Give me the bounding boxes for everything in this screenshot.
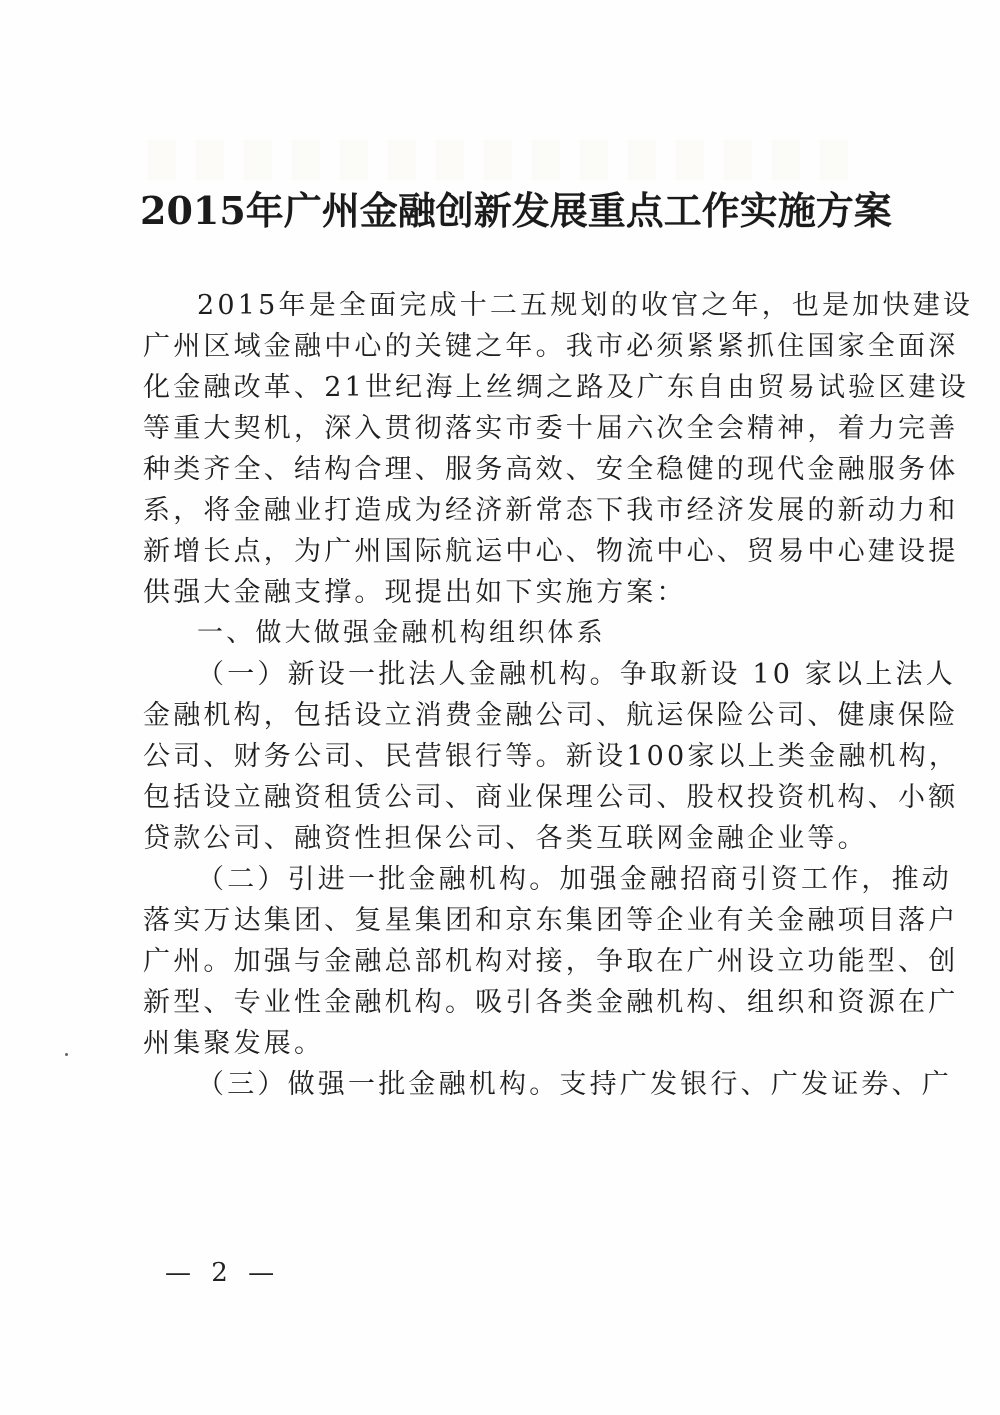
scan-bleed-through <box>148 140 868 180</box>
paragraph-line: 系，将金融业打造成为经济新常态下我市经济发展的新动力和 <box>143 490 867 531</box>
paragraph-line: 贷款公司、融资性担保公司、各类互联网金融企业等。 <box>143 818 867 859</box>
scan-speck <box>65 1053 68 1056</box>
paragraph-line: 金融机构，包括设立消费金融公司、航运保险公司、健康保险 <box>143 695 867 736</box>
paragraph-line: 公司、财务公司、民营银行等。新设100家以上类金融机构， <box>143 736 867 777</box>
paragraph-line: （二）引进一批金融机构。加强金融招商引资工作，推动 <box>143 859 867 900</box>
page-number: — 2 — <box>165 1258 280 1288</box>
paragraph-line: 等重大契机，深入贯彻落实市委十届六次全会精神，着力完善 <box>143 408 867 449</box>
paragraph-line: （一）新设一批法人金融机构。争取新设 10 家以上法人 <box>143 654 867 695</box>
paragraph-line: 包括设立融资租赁公司、商业保理公司、股权投资机构、小额 <box>143 777 867 818</box>
paragraph-line: 广州区域金融中心的关键之年。我市必须紧紧抓住国家全面深 <box>143 326 867 367</box>
document-page: 2015年广州金融创新发展重点工作实施方案 2015年是全面完成十二五规划的收官… <box>0 0 1000 1415</box>
paragraph-line: 2015年是全面完成十二五规划的收官之年，也是加快建设 <box>143 285 867 326</box>
paragraph-line: 落实万达集团、复星集团和京东集团等企业有关金融项目落户 <box>143 900 867 941</box>
paragraph-line: 新增长点，为广州国际航运中心、物流中心、贸易中心建设提 <box>143 531 867 572</box>
paragraph-line: 种类齐全、结构合理、服务高效、安全稳健的现代金融服务体 <box>143 449 867 490</box>
paragraph-line: 广州。加强与金融总部机构对接，争取在广州设立功能型、创 <box>143 941 867 982</box>
document-title: 2015年广州金融创新发展重点工作实施方案 <box>140 180 870 235</box>
paragraph-line: 供强大金融支撑。现提出如下实施方案： <box>143 572 867 613</box>
document-body: 2015年是全面完成十二五规划的收官之年，也是加快建设 广州区域金融中心的关键之… <box>143 285 867 1105</box>
section-heading: 一、做大做强金融机构组织体系 <box>143 613 867 654</box>
paragraph-line: 化金融改革、21世纪海上丝绸之路及广东自由贸易试验区建设 <box>143 367 867 408</box>
paragraph-line: 新型、专业性金融机构。吸引各类金融机构、组织和资源在广 <box>143 982 867 1023</box>
paragraph-line: 州集聚发展。 <box>143 1023 867 1064</box>
paragraph-line: （三）做强一批金融机构。支持广发银行、广发证券、广 <box>143 1064 867 1105</box>
